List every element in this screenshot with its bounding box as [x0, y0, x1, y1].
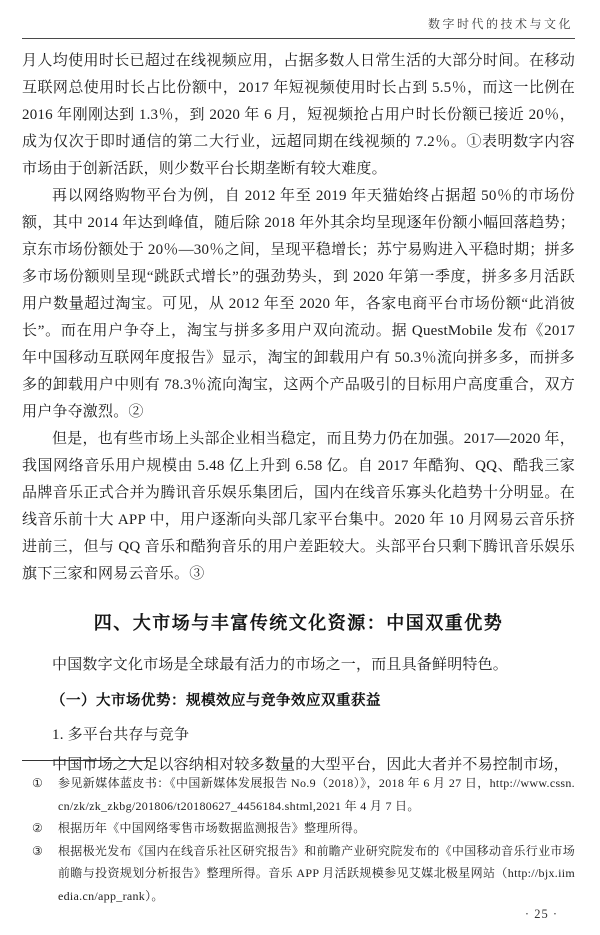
paragraph-short-video: 月人均使用时长已超过在线视频应用，占据多数人日常生活的大部分时间。在移动互联网总… [22, 48, 575, 183]
header-rule [22, 38, 575, 39]
footnote-1-marker: ① [22, 772, 58, 817]
footnote-area: ① 参见新媒体蓝皮书：《中国新媒体发展报告 No.9（2018）》，2018 年… [22, 760, 575, 907]
footnote-1-text: 参见新媒体蓝皮书：《中国新媒体发展报告 No.9（2018）》，2018 年 6… [58, 772, 575, 817]
subsection-heading: （一）大市场优势：规模效应与竞争效应双重获益 [22, 688, 575, 714]
page-content: 月人均使用时长已超过在线视频应用，占据多数人日常生活的大部分时间。在移动互联网总… [22, 48, 575, 779]
footnote-3-marker: ③ [22, 840, 58, 908]
paragraph-intro: 中国数字文化市场是全球最有活力的市场之一，而且具备鲜明特色。 [22, 652, 575, 679]
page-number: · 25 · [525, 907, 558, 922]
footnote-divider [22, 760, 150, 761]
paragraph-ecommerce: 再以网络购物平台为例，自 2012 年至 2019 年天猫始终占据超 50％的市… [22, 183, 575, 426]
running-header-title: 数字时代的技术与文化 [22, 15, 573, 32]
paragraph-online-music: 但是，也有些市场上头部企业相当稳定，而且势力仍在加强。2017—2020 年，我… [22, 426, 575, 588]
section-heading: 四、大市场与丰富传统文化资源：中国双重优势 [22, 609, 575, 637]
footnote-2: ② 根据历年《中国网络零售市场数据监测报告》整理所得。 [22, 817, 575, 840]
numbered-item-heading: 1. 多平台共存与竞争 [22, 722, 575, 749]
footnote-2-marker: ② [22, 817, 58, 840]
footnote-3: ③ 根据极光发布《国内在线音乐社区研究报告》和前瞻产业研究院发布的《中国移动音乐… [22, 840, 575, 908]
footnote-2-text: 根据历年《中国网络零售市场数据监测报告》整理所得。 [58, 817, 575, 840]
footnote-3-text: 根据极光发布《国内在线音乐社区研究报告》和前瞻产业研究院发布的《中国移动音乐行业… [58, 840, 575, 908]
footnote-1: ① 参见新媒体蓝皮书：《中国新媒体发展报告 No.9（2018）》，2018 年… [22, 772, 575, 817]
book-page: 数字时代的技术与文化 月人均使用时长已超过在线视频应用，占据多数人日常生活的大部… [0, 0, 600, 935]
